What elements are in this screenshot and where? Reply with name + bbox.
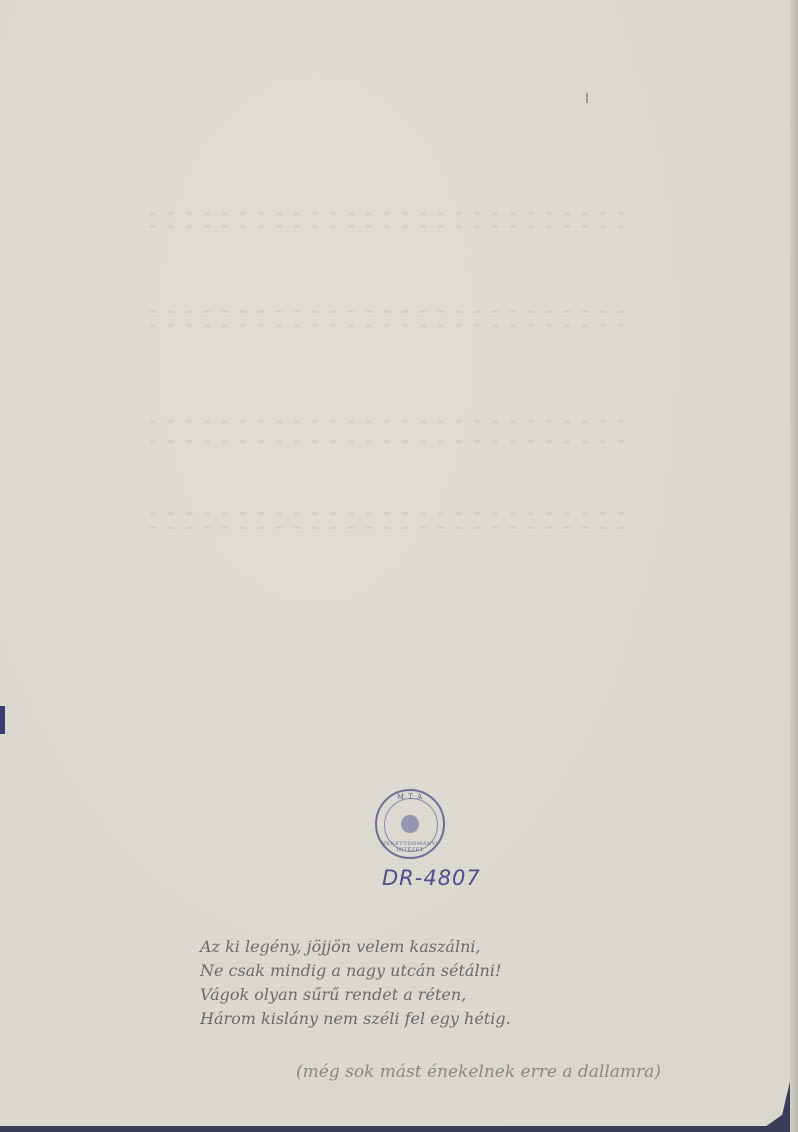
bleed-through-staff [150, 225, 630, 228]
pencil-mark [586, 93, 588, 103]
edge-ink-mark [0, 706, 5, 734]
lyric-line: Vágok olyan sűrű rendet a réten, [200, 983, 511, 1007]
bleed-through-staff [150, 512, 630, 515]
bleed-through-staff [150, 324, 630, 327]
lyric-line: Az ki legény, jöjjön velem kaszálni, [200, 935, 511, 959]
shelfmark: DR-4807 [382, 866, 481, 890]
bleed-through-staff [150, 212, 630, 215]
bleed-through-staff [150, 526, 630, 529]
stamp-emblem-icon [401, 815, 419, 833]
library-stamp: M T A ZENETUDOMÁNYI INTÉZET [375, 789, 445, 859]
bleed-through-staff [150, 310, 630, 313]
stamp-ring-text: ZENETUDOMÁNYI INTÉZET [377, 841, 443, 853]
stamp-top-text: M T A [377, 793, 443, 801]
paper-edge [790, 0, 798, 1132]
lyric-line: Ne csak mindig a nagy utcán sétálni! [200, 959, 511, 983]
bleed-through-staff [150, 440, 630, 443]
annotation-note: (még sok mást énekelnek erre a dallamra) [296, 1062, 661, 1082]
bleed-through-staff [150, 420, 630, 423]
lyric-line: Három kislány nem széli fel egy hétig. [200, 1007, 511, 1031]
paper-sheet: M T A ZENETUDOMÁNYI INTÉZET DR-4807 Az k… [0, 0, 790, 1126]
lyrics-block: Az ki legény, jöjjön velem kaszálni, Ne … [200, 935, 511, 1031]
